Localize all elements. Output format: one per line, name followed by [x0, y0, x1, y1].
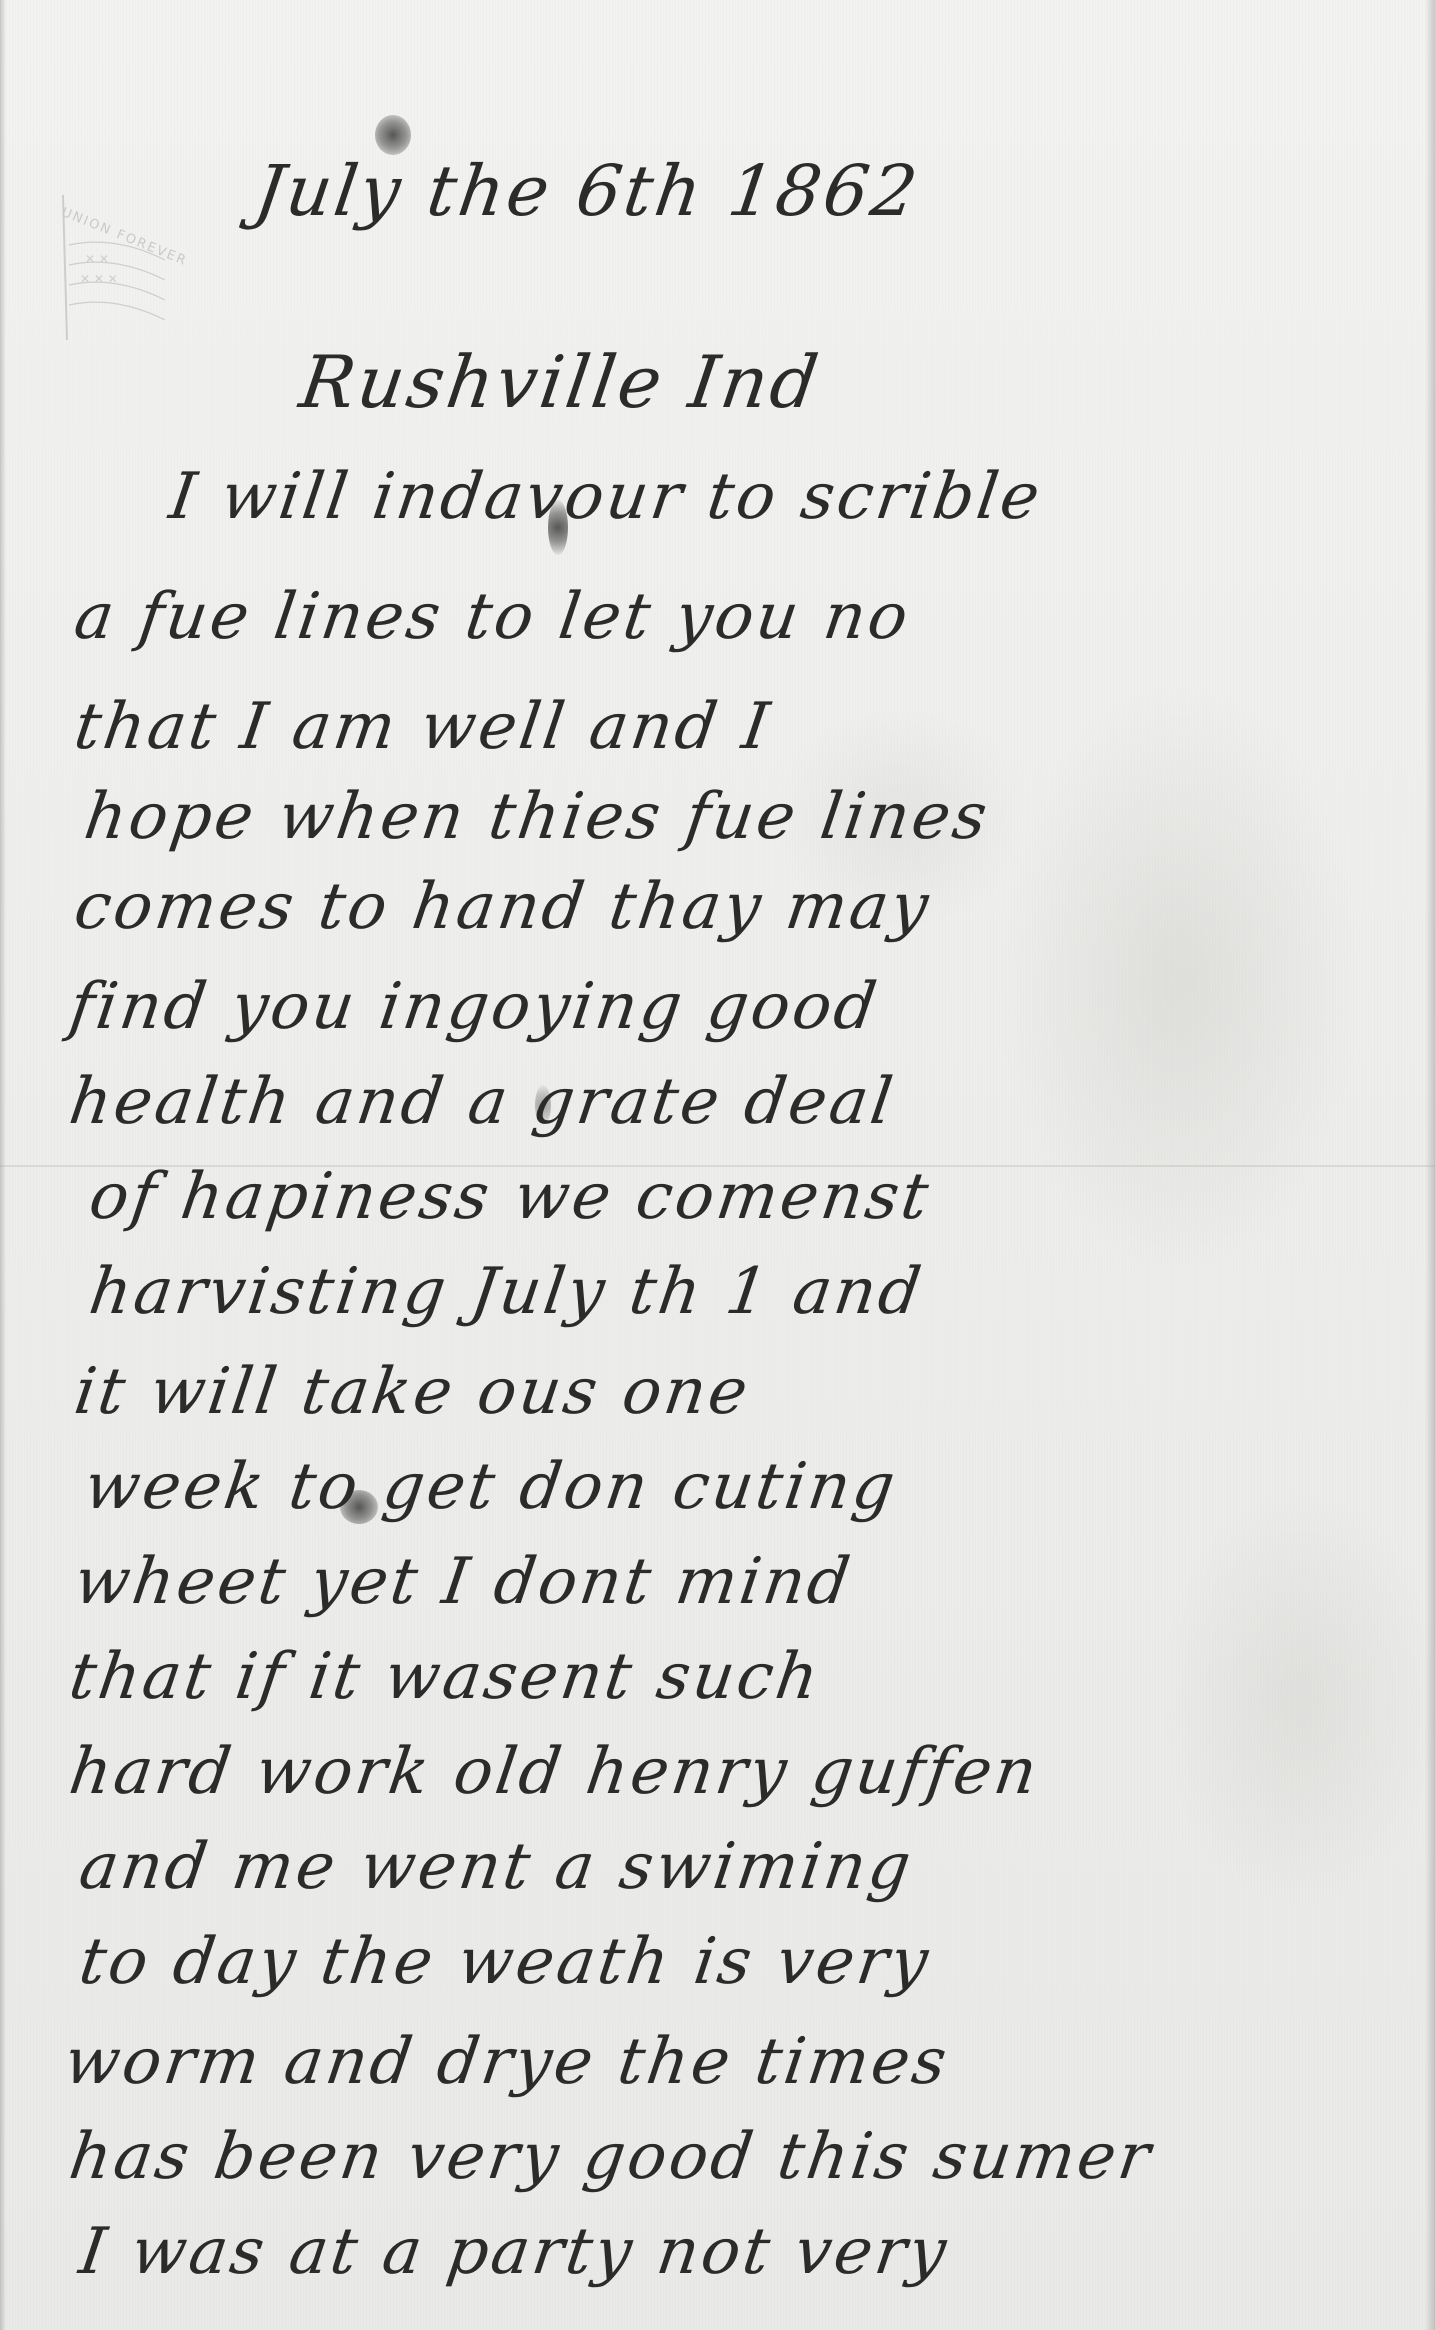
- letter-line: week to get don cuting: [80, 1450, 902, 1524]
- letter-place: Rushville Ind: [295, 340, 826, 424]
- letter-line: comes to hand thay may: [70, 870, 936, 944]
- letter-line: health and a grate deal: [65, 1065, 900, 1139]
- letter-line: it will take ous one: [70, 1355, 755, 1429]
- letter-line: hope when thies fue lines: [80, 780, 994, 854]
- letter-line: I was at a party not very: [75, 2215, 953, 2289]
- letter-line: and me went a swiming: [75, 1830, 918, 1904]
- letter-line: that if it wasent such: [65, 1640, 826, 1714]
- letter-line: that I am well and I: [70, 690, 776, 764]
- letter-line: to day the weath is very: [75, 1925, 935, 1999]
- letter-line: I will indavour to scrible: [165, 460, 1047, 534]
- letter-line: of hapiness we comenst: [85, 1160, 936, 1234]
- letter-line: worm and drye the times: [60, 2025, 954, 2099]
- letter-line: hard work old henry guffen: [65, 1735, 1044, 1809]
- letter-line: harvisting July th 1 and: [85, 1255, 928, 1329]
- letter-date: July the 6th 1862: [250, 150, 925, 232]
- letter-line: find you ingoying good: [65, 970, 884, 1044]
- svg-text:✕ ✕ ✕: ✕ ✕ ✕: [80, 272, 118, 286]
- letter-page: ✕ ✕ ✕ ✕ ✕ UNION FOREVER July the 6th 186…: [0, 0, 1435, 2330]
- letter-line: a fue lines to let you no: [70, 580, 915, 654]
- letter-line: has been very good this sumer: [65, 2120, 1158, 2194]
- embossed-stamp: ✕ ✕ ✕ ✕ ✕ UNION FOREVER: [45, 185, 195, 345]
- svg-text:✕ ✕: ✕ ✕: [85, 252, 109, 266]
- letter-line: wheet yet I dont mind: [70, 1545, 857, 1619]
- ink-blot: [375, 115, 411, 155]
